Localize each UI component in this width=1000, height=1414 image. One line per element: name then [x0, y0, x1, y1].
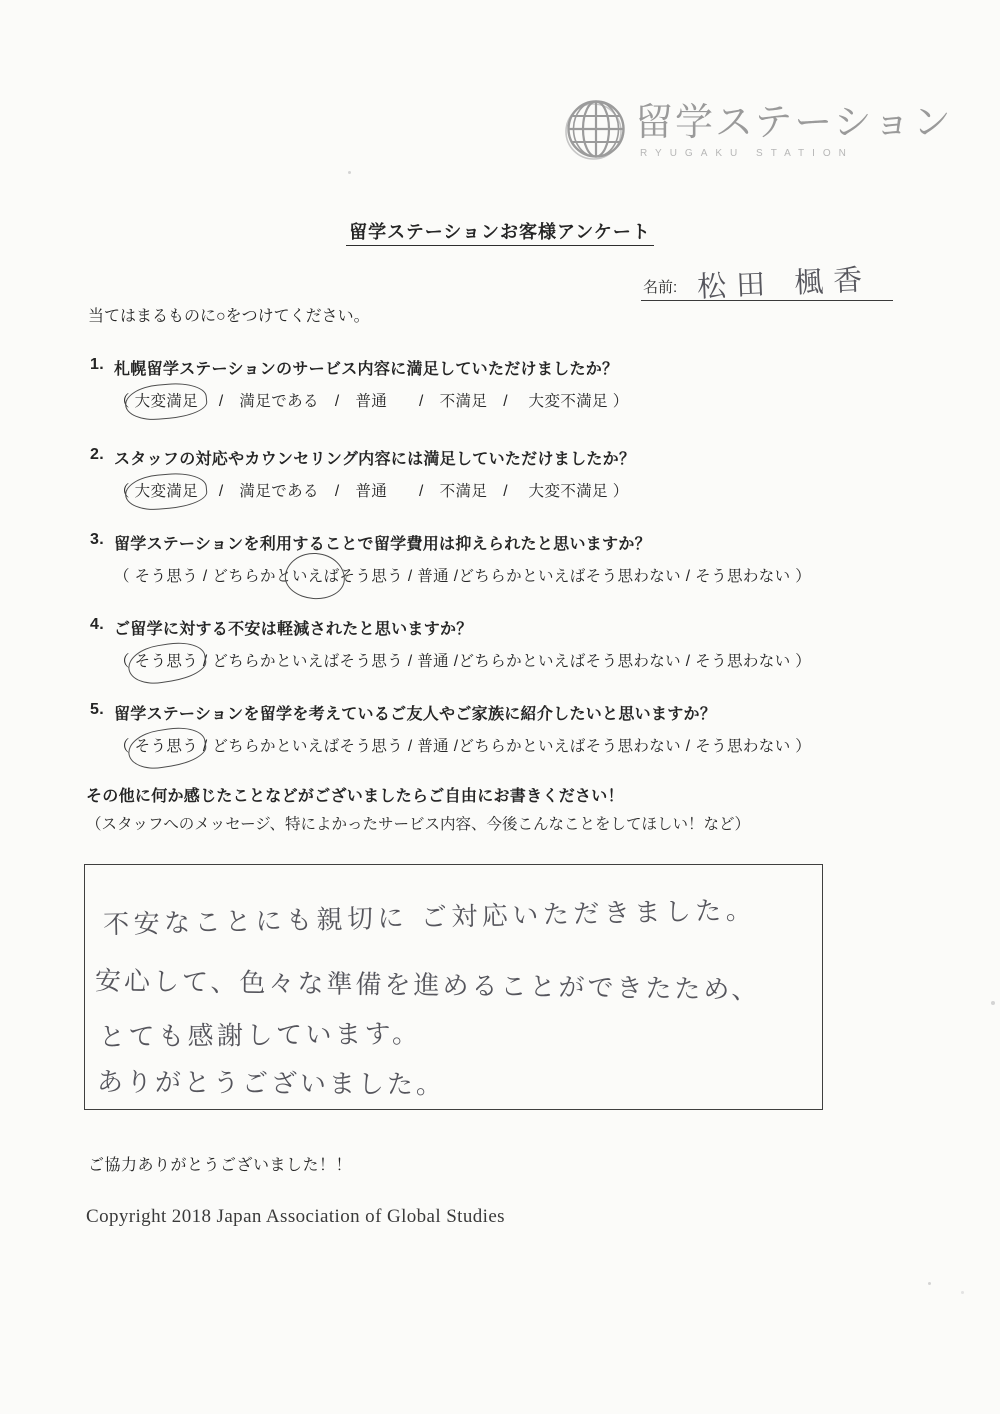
instruction-text: 当てはまるものに○をつけてください。	[88, 303, 370, 326]
options-line: （ そう思う / どちらかといえばそう思う / 普通 /どちらかといえばそう思わ…	[114, 649, 811, 671]
question-number: 1.	[90, 356, 114, 379]
options-line: （ そう思う / どちらかといえばそう思う / 普通 /どちらかといえばそう思わ…	[114, 734, 811, 756]
question-2: 2. スタッフの対応やカウンセリング内容には満足していただけましたか？ （ 大変…	[90, 446, 635, 501]
question-1: 1. 札幌留学ステーションのサービス内容に満足していただけましたか？ （ 大変満…	[90, 356, 629, 411]
scan-speck	[991, 1001, 995, 1005]
logo-subtext: RYUGAKU STATION	[635, 148, 953, 159]
page-title: 留学ステーションお客様アンケート	[0, 218, 1000, 244]
question-text: 5. 留学ステーションを留学を考えているご友人やご家族に紹介したいと思いますか？	[90, 701, 811, 724]
options-line: （ そう思う / どちらかといえばそう思う / 普通 /どちらかといえばそう思わ…	[114, 564, 811, 586]
name-field: 名前: 松田 楓香	[641, 254, 893, 301]
options-line: （ 大変満足 / 満足である / 普通 / 不満足 / 大変不満足 ）	[114, 479, 635, 501]
survey-page: 留学ステーション RYUGAKU STATION 留学ステーションお客様アンケー…	[0, 0, 1000, 1414]
question-3: 3. 留学ステーションを利用することで留学費用は抑えられたと思いますか？ （ そ…	[90, 531, 811, 586]
free-response-heading: その他に何か感じたことなどがございましたらご自由にお書きください！	[86, 783, 624, 806]
handwritten-line: 不安なことにも親切に ご対応いただきました。	[103, 890, 757, 942]
question-text: 4. ご留学に対する不安は軽減されたと思いますか？	[90, 616, 811, 639]
circled-answer: いえば	[292, 564, 340, 586]
question-number: 3.	[90, 531, 114, 554]
handwritten-line: とても感謝しています。	[99, 1013, 422, 1053]
circled-answer: 大変満足	[135, 479, 199, 501]
globe-icon	[564, 97, 628, 161]
question-text: 3. 留学ステーションを利用することで留学費用は抑えられたと思いますか？	[90, 531, 811, 554]
question-number: 5.	[90, 701, 114, 724]
options-line: （ 大変満足 / 満足である / 普通 / 不満足 / 大変不満足 ）	[114, 389, 629, 411]
comment-box: 不安なことにも親切に ご対応いただきました。 安心して、色々な準備を進めることが…	[84, 864, 823, 1110]
question-4: 4. ご留学に対する不安は軽減されたと思いますか？ （ そう思う / どちらかと…	[90, 616, 811, 671]
scan-speck	[348, 171, 351, 174]
free-response-note: （スタッフへのメッセージ、特によかったサービス内容、今後こんなことをしてほしい！…	[86, 812, 750, 834]
question-5: 5. 留学ステーションを留学を考えているご友人やご家族に紹介したいと思いますか？…	[90, 701, 811, 756]
scan-speck	[961, 1291, 964, 1294]
handwritten-line: 安心して、色々な準備を進めることができたため、	[95, 960, 761, 1006]
question-number: 2.	[90, 446, 114, 469]
question-number: 4.	[90, 616, 114, 639]
logo-text: 留学ステーション	[635, 103, 953, 145]
name-label: 名前:	[643, 276, 677, 297]
circled-answer: 大変満足	[135, 389, 199, 411]
circled-answer: そう思う	[135, 649, 199, 671]
circled-answer: そう思う	[135, 734, 199, 756]
scan-speck	[928, 1282, 931, 1285]
thanks-text: ご協力ありがとうございました！！	[88, 1152, 352, 1175]
handwritten-line: ありがとうございました。	[97, 1061, 445, 1101]
question-text: 2. スタッフの対応やカウンセリング内容には満足していただけましたか？	[90, 446, 635, 469]
question-text: 1. 札幌留学ステーションのサービス内容に満足していただけましたか？	[90, 356, 629, 379]
name-value-handwritten: 松田 楓香	[696, 257, 873, 306]
ryugaku-station-logo: 留学ステーション RYUGAKU STATION	[564, 97, 953, 161]
copyright-text: Copyright 2018 Japan Association of Glob…	[86, 1206, 505, 1228]
